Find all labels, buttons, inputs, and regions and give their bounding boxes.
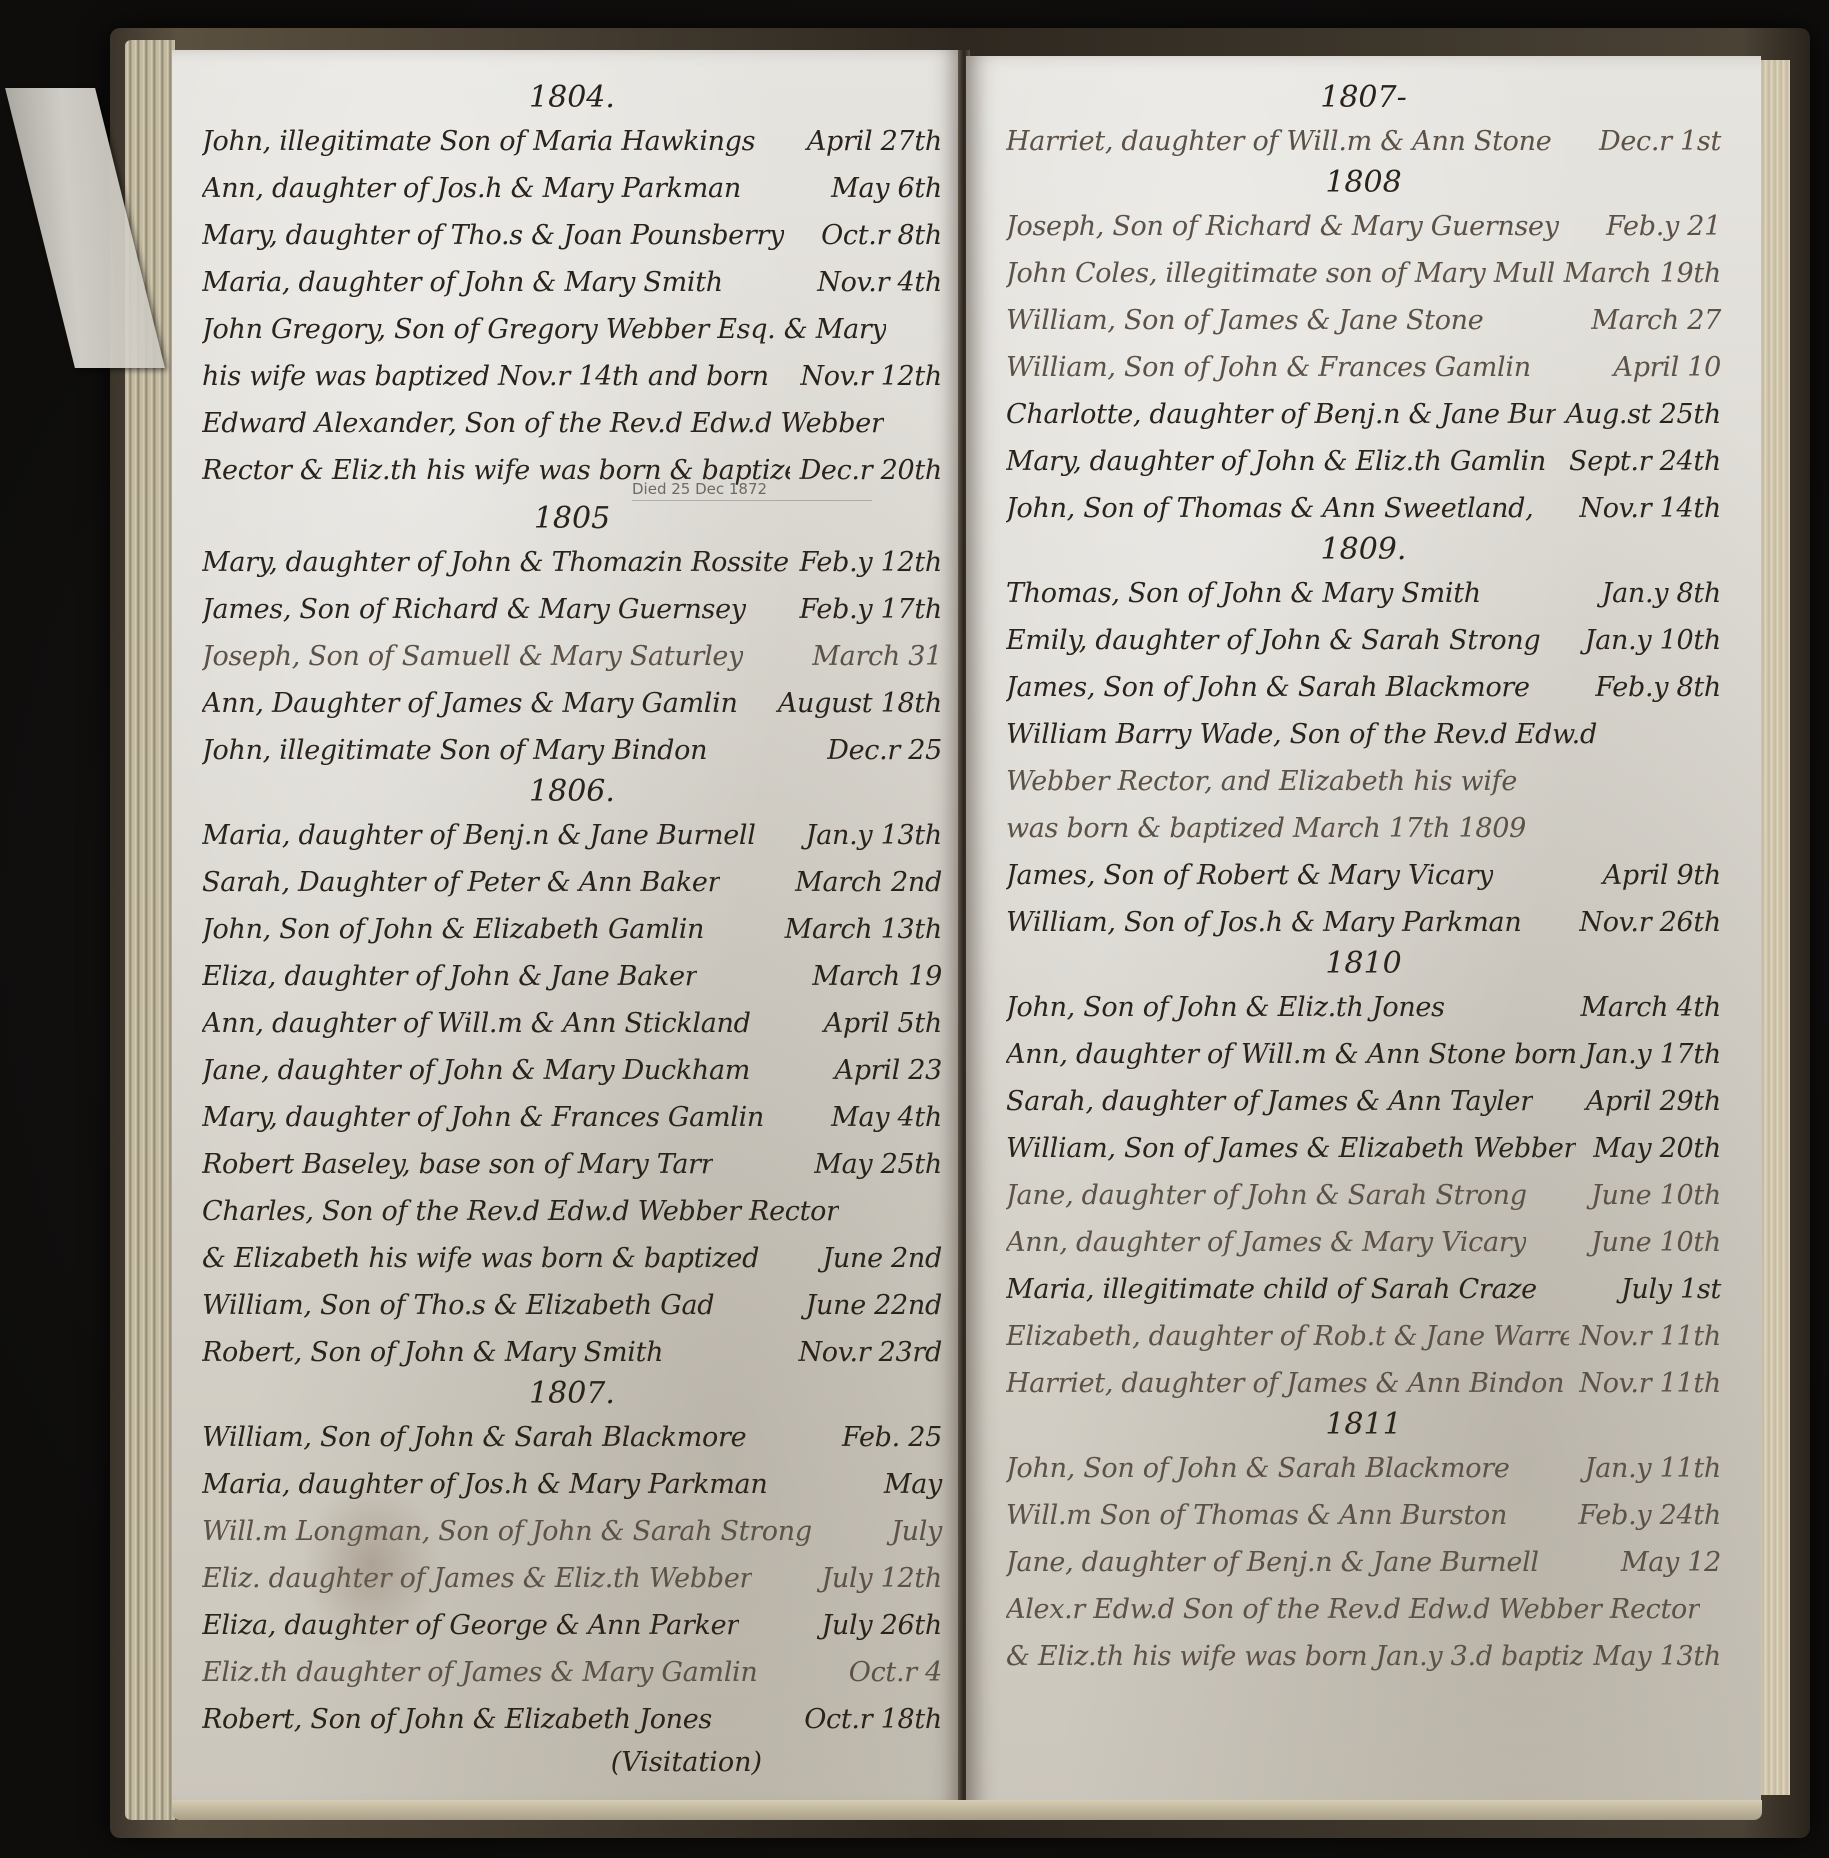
register-entry: William, Son of Tho.s & Elizabeth GadJun… [202, 1282, 942, 1329]
register-entry: Ann, daughter of Jos.h & Mary ParkmanMay… [202, 165, 942, 212]
register-entry: Maria, daughter of Benj.n & Jane Burnell… [202, 812, 942, 859]
register-entry: Eliz.th daughter of James & Mary GamlinO… [202, 1649, 942, 1696]
year-heading: 1806. [202, 774, 942, 810]
register-entry: Sarah, Daughter of Peter & Ann BakerMarc… [202, 859, 942, 906]
register-entry: Webber Rector, and Elizabeth his wife [1006, 758, 1721, 805]
register-entry: Mary, daughter of John & Frances GamlinM… [202, 1094, 942, 1141]
year-heading: 1810 [1006, 946, 1721, 982]
register-entry: John Coles, illegitimate son of Mary Mul… [1006, 250, 1721, 297]
register-entry: John, Son of Thomas & Ann Sweetland,Nov.… [1006, 485, 1721, 532]
register-entry: Eliza, daughter of George & Ann ParkerJu… [202, 1602, 942, 1649]
register-entry: Maria, daughter of John & Mary SmithNov.… [202, 259, 942, 306]
register-entry: Sarah, daughter of James & Ann TaylerApr… [1006, 1078, 1721, 1125]
register-entry: Harriet, daughter of Will.m & Ann StoneD… [1006, 118, 1721, 165]
register-entry: Maria, daughter of Jos.h & Mary ParkmanM… [202, 1461, 942, 1508]
register-entry: James, Son of Richard & Mary GuernseyFeb… [202, 586, 942, 633]
register-entry: Emily, daughter of John & Sarah StrongJa… [1006, 617, 1721, 664]
visitation-note: (Visitation) [202, 1743, 942, 1783]
register-entry: Thomas, Son of John & Mary SmithJan.y 8t… [1006, 570, 1721, 617]
year-heading: 1807. [202, 1376, 942, 1412]
year-heading: 1807- [1006, 80, 1721, 116]
register-entry: Robert Baseley, base son of Mary TarrMay… [202, 1141, 942, 1188]
register-entry: John Gregory, Son of Gregory Webber Esq.… [202, 306, 942, 353]
left-page: 1804. John, illegitimate Son of Maria Ha… [172, 50, 962, 1810]
register-entry: Will.m Longman, Son of John & Sarah Stro… [202, 1508, 942, 1555]
register-entry: William Barry Wade, Son of the Rev.d Edw… [1006, 711, 1721, 758]
register-entry: Maria, illegitimate child of Sarah Craze… [1006, 1266, 1721, 1313]
register-entry: Mary, daughter of John & Eliz.th GamlinS… [1006, 438, 1721, 485]
year-heading: 1811 [1006, 1407, 1721, 1443]
register-entry: William, Son of James & Jane StoneMarch … [1006, 297, 1721, 344]
year-heading: 1808 [1006, 165, 1721, 201]
register-entry: Harriet, daughter of James & Ann BindonN… [1006, 1360, 1721, 1407]
register-entry: John, illegitimate Son of Maria Hawkings… [202, 118, 942, 165]
register-entry: James, Son of John & Sarah BlackmoreFeb.… [1006, 664, 1721, 711]
register-entry: Rector & Eliz.th his wife was born & bap… [202, 447, 942, 494]
register-entry: William, Son of John & Sarah BlackmoreFe… [202, 1414, 942, 1461]
register-entry: Jane, daughter of John & Sarah StrongJun… [1006, 1172, 1721, 1219]
register-entry: John, Son of John & Elizabeth GamlinMarc… [202, 906, 942, 953]
register-entry: Ann, daughter of James & Mary VicaryJune… [1006, 1219, 1721, 1266]
register-entry: William, Son of Jos.h & Mary ParkmanNov.… [1006, 899, 1721, 946]
register-entry: Charles, Son of the Rev.d Edw.d Webber R… [202, 1188, 942, 1235]
register-entry: his wife was baptized Nov.r 14th and bor… [202, 353, 942, 400]
register-entry: John, illegitimate Son of Mary BindonDec… [202, 727, 942, 774]
register-entry: Elizabeth, daughter of Rob.t & Jane Warr… [1006, 1313, 1721, 1360]
register-entry: Jane, daughter of Benj.n & Jane BurnellM… [1006, 1539, 1721, 1586]
page-stack-right [1760, 60, 1790, 1795]
register-entry: Jane, daughter of John & Mary DuckhamApr… [202, 1047, 942, 1094]
register-entry: Robert, Son of John & Elizabeth JonesOct… [202, 1696, 942, 1743]
register-entry: Robert, Son of John & Mary SmithNov.r 23… [202, 1329, 942, 1376]
year-heading: 1804. [202, 80, 942, 116]
register-entry: Mary, daughter of Tho.s & Joan Pounsberr… [202, 212, 942, 259]
page-bottom-edge [172, 1800, 1762, 1820]
register-entry: Eliz. daughter of James & Eliz.th Webber… [202, 1555, 942, 1602]
register-entry: & Eliz.th his wife was born Jan.y 3.d ba… [1006, 1633, 1721, 1680]
register-entry: Ann, daughter of Will.m & Ann Stone born… [1006, 1031, 1721, 1078]
register-entry: Alex.r Edw.d Son of the Rev.d Edw.d Webb… [1006, 1586, 1721, 1633]
register-entry: John, Son of John & Eliz.th JonesMarch 4… [1006, 984, 1721, 1031]
right-page: 1807- Harriet, daughter of Will.m & Ann … [966, 56, 1761, 1816]
register-entry: Ann, daughter of Will.m & Ann SticklandA… [202, 1000, 942, 1047]
register-entry: John, Son of John & Sarah BlackmoreJan.y… [1006, 1445, 1721, 1492]
register-entry: Charlotte, daughter of Benj.n & Jane Bur… [1006, 391, 1721, 438]
year-heading: 1809. [1006, 532, 1721, 568]
register-entry: William, Son of John & Frances GamlinApr… [1006, 344, 1721, 391]
register-entry: & Elizabeth his wife was born & baptized… [202, 1235, 942, 1282]
register-entry: James, Son of Robert & Mary VicaryApril … [1006, 852, 1721, 899]
register-entry: Eliza, daughter of John & Jane BakerMarc… [202, 953, 942, 1000]
register-entry: Joseph, Son of Samuell & Mary SaturleyMa… [202, 633, 942, 680]
register-entry: Ann, Daughter of James & Mary GamlinAugu… [202, 680, 942, 727]
register-entry: Will.m Son of Thomas & Ann BurstonFeb.y … [1006, 1492, 1721, 1539]
register-entry: Mary, daughter of John & Thomazin Rossit… [202, 539, 942, 586]
register-entry: Edward Alexander, Son of the Rev.d Edw.d… [202, 400, 942, 447]
register-entry: was born & baptized March 17th 1809 [1006, 805, 1721, 852]
register-entry: William, Son of James & Elizabeth Webber… [1006, 1125, 1721, 1172]
register-entry: Joseph, Son of Richard & Mary GuernseyFe… [1006, 203, 1721, 250]
book-photo: 1804. John, illegitimate Son of Maria Ha… [0, 0, 1829, 1858]
year-heading: 1805 [202, 501, 942, 537]
